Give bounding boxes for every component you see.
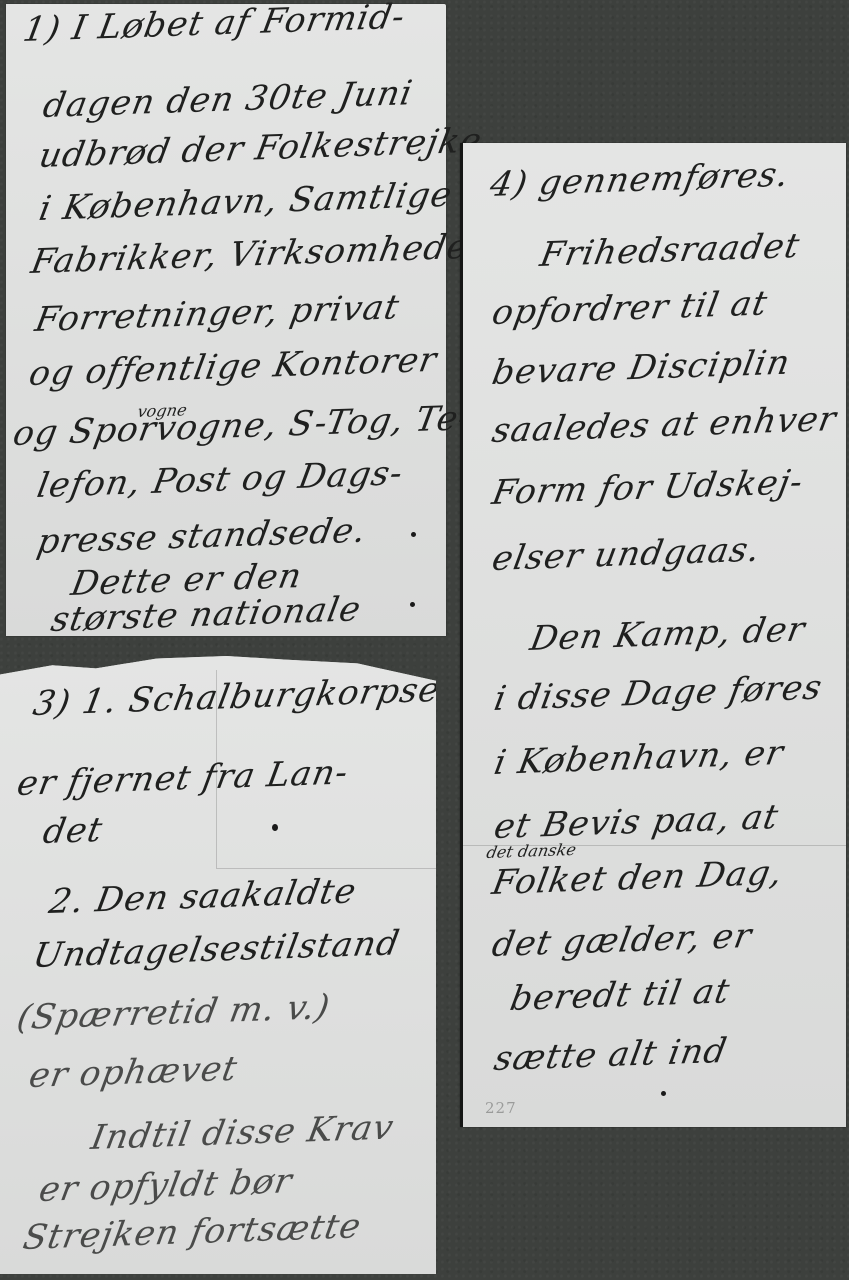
- note-3-line-7: er ophævet: [26, 1049, 241, 1096]
- note-1-line-6: Forretninger, privat: [32, 287, 403, 340]
- note-3-line-4: 2. Den saakaldte: [46, 871, 360, 922]
- note-2-line-9: i disse Dage føres: [491, 668, 826, 719]
- note-2-line-10: i København, er: [491, 733, 787, 783]
- note-3-line-9: er opfyldt bør: [36, 1161, 296, 1210]
- note-2-line-5: saaledes at enhver: [489, 399, 840, 451]
- ink-speck: [661, 1091, 666, 1096]
- note-2-line-14: beredt til at: [507, 971, 733, 1019]
- note-3-line-2: er fjernet fra Lan-: [14, 753, 352, 804]
- note-1-line-4: i København, Samtlige: [36, 175, 456, 229]
- note-1-line-10: presse standsede.: [34, 511, 370, 562]
- note-1-line-5: Fabrikker, Virksomheder,: [28, 226, 497, 282]
- ink-speck: [418, 657, 423, 662]
- handwritten-note-3: 3) 1. Schalburgkorpset er fjernet fra La…: [0, 656, 436, 1274]
- fold-line: [216, 868, 436, 869]
- note-2-line-12: Folket den Dag,: [489, 853, 786, 903]
- ink-speck: [411, 532, 416, 537]
- pencil-page-number: 227: [485, 1099, 517, 1117]
- note-3-line-1: 3) 1. Schalburgkorpset: [30, 669, 458, 724]
- note-2-line-3: opfordrer til at: [489, 284, 771, 333]
- note-2-interlinear: det danske: [485, 840, 578, 862]
- note-2-line-7: elser undgaas.: [489, 530, 764, 579]
- note-2-line-6: Form for Udskej-: [489, 462, 806, 513]
- note-2-line-13: det gælder, er: [489, 916, 755, 965]
- ink-speck: [272, 824, 278, 831]
- note-1-line-8: og Sporvogne, S-Tog, Te-: [10, 398, 474, 454]
- note-2-line-1: 4) gennemføres.: [487, 155, 793, 205]
- ink-speck: [410, 602, 415, 607]
- note-3-line-6: (Spærretid m. v.): [14, 987, 333, 1038]
- handwritten-note-2: 4) gennemføres. Frihedsraadet opfordrer …: [460, 143, 846, 1127]
- note-2-line-4: bevare Disciplin: [489, 343, 794, 393]
- note-1-line-2: dagen den 30te Juni: [40, 73, 416, 126]
- note-3-line-10: Strejken fortsætte: [20, 1206, 365, 1258]
- note-3-line-3: det: [40, 810, 106, 852]
- handwritten-note-1: 1) I Løbet af Formid- dagen den 30te Jun…: [6, 4, 446, 636]
- note-2-line-11: et Bevis paa, at: [491, 797, 782, 847]
- note-1-line-3: udbrød der Folkestrejke: [36, 121, 485, 176]
- note-1-line-9: lefon, Post og Dags-: [34, 453, 406, 506]
- note-2-line-15: sætte alt ind: [491, 1031, 730, 1079]
- note-2-line-2: Frihedsraadet: [537, 226, 803, 275]
- note-1-line-7: og offentlige Kontorer: [26, 340, 440, 394]
- note-1-line-1: 1) I Løbet af Formid-: [20, 0, 409, 50]
- note-2-line-8: Den Kamp, der: [527, 610, 808, 659]
- note-3-line-5: Undtagelsestilstand: [30, 923, 403, 976]
- note-3-line-8: Indtil disse Krav: [88, 1108, 397, 1158]
